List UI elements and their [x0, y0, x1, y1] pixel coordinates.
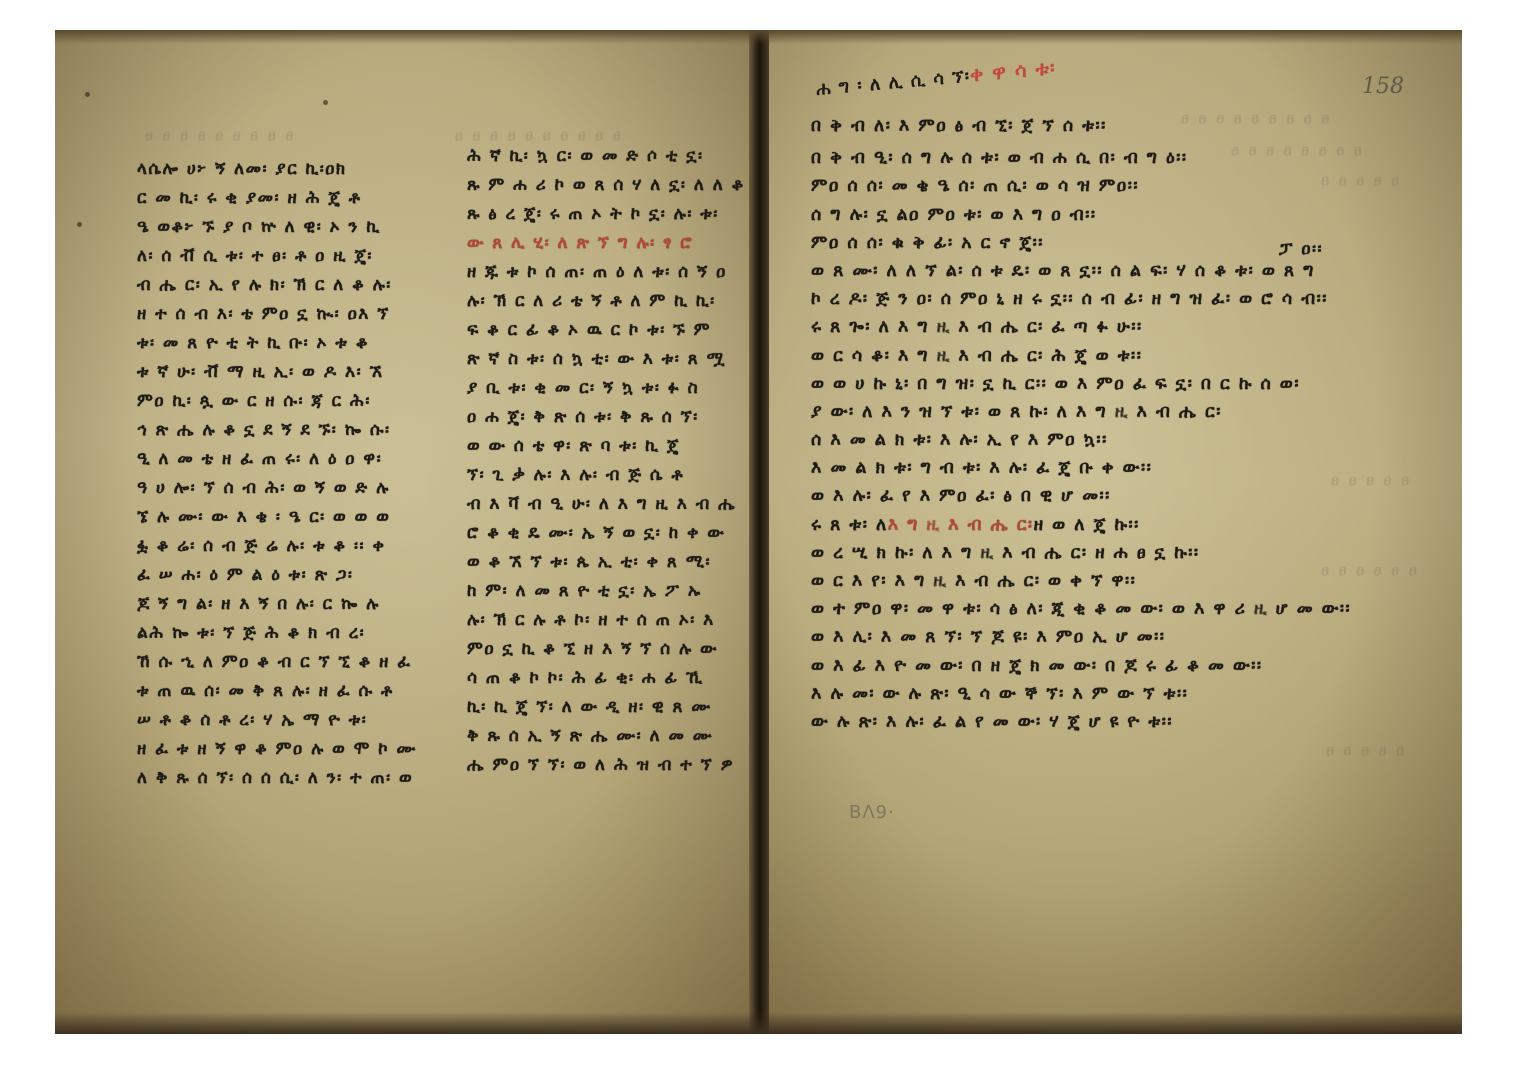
text-line-with-rubric: ሩ ጸ ቱ፡ ለእ ግ ዚ እ ብ ሔ ር፡ዘ ወ ለ ጄ ኩ፡፡ [811, 511, 1411, 539]
rubric-line: ው ጸ ሊ ሂ፡ ለ ጽ ኘ ግ ሉ፡ ፃ ሮ [467, 229, 737, 258]
right-page: ሐ ግ ፡ ለ ሊ ሲ ሳ ኘ፡ቀ ዋ ሳ ቱ፡ 158 ፀ ፀ ፀ ፀ ፀ ፀ… [761, 30, 1462, 1034]
text-line: ቅ ጹ ሰ ኢ ኝ ጽ ሔ ሙ፡ ለ መ ሙ [467, 722, 737, 751]
text-line: ወ ቆ ኧ ኘ ቱ፡ ጴ ኢ ቲ፡ ቀ ጸ ሚ፡ [467, 548, 737, 577]
rubric-phrase: እ ግ ዚ እ ብ ሔ ር፡ [888, 515, 1034, 535]
line-text: ሩ ጸ ቱ፡ ለ [811, 515, 888, 535]
text-line: ኅ ጽ ሔ ሉ ቆ ኗ ደ ኝ ደ ኙ፡ ኰ ሱ፡ [137, 416, 427, 445]
text-line: ፍ ቆ ር ፊ ቆ ኦ ዉ ር ኮ ቱ፡ ኙ ም [467, 316, 737, 345]
text-line: ጽ ኛ ስ ቱ፡ ሰ ኳ ቲ፡ ው እ ቱ፡ ጸ ሟ [467, 345, 737, 374]
text-line: ምዐ ሰ ሰ፡ መ ቄ ዔ ሰ፡ ጠ ሲ፡ ወ ሳ ዝ ምዐ፡፡ [811, 172, 1411, 200]
heading-text: ሐ ግ ፡ ለ ሊ ሲ ሳ ኘ፡ [815, 66, 971, 100]
bleed-through-text: ፀ ፀ ፀ ፀ ፀ ፀ ፀ ፀ ፀ [145, 125, 295, 145]
text-line: ሰ ግ ሉ፡ ኗ ልዐ ምዐ ቱ፡ ወ እ ግ ዐ ብ፡፡ [811, 201, 1411, 229]
text-line: ዘ ተ ሰ ብ እ፡ ቴ ምዐ ኗ ኲ፡ ዐእ ኘ [137, 300, 427, 329]
text-line: ፈ ሠ ሐ፡ ዕ ም ል ዕ ቱ፡ ጽ ጋ፡ [137, 561, 427, 590]
text-line: ያ ው፡ ለ እ ን ዝ ኘ ቱ፡ ወ ጸ ኩ፡ ለ እ ግ ዚ እ ብ ሔ ር… [811, 398, 1411, 426]
margin-note: ፓ ዐ፡፡ [1279, 235, 1323, 264]
text-line: ዓ ሀ ሎ፡ ኘ ሰ ብ ሕ፡ ወ ኝ ወ ድ ሉ [137, 474, 427, 503]
text-line: ምዐ ኗ ኪ ቆ ኚ ዘ እ ኝ ኘ ሰ ሉ ው [467, 635, 737, 664]
text-line: ልሕ ኰ ቱ፡ ኘ ጅ ሕ ቆ ክ ብ ረ፡ [137, 619, 427, 648]
text-line: ከ ም፡ ለ መ ጸ ዮ ቲ ኗ፡ ኤ ፖ ኡ [467, 577, 737, 606]
text-line: ያ ቢ ቱ፡ ቂ መ ር፡ ኝ ኳ ቱ፡ ፉ ስ [467, 374, 737, 403]
line-text: ዘ ወ ለ ጄ ኩ፡፡ [1034, 515, 1140, 535]
left-column-2: ሕ ኛ ኪ፡ ኳ ር፡ ወ መ ድ ሶ ቲ ኗ፡ ጹ ም ሐ ሪ ኮ ወ ጸ ሰ… [467, 142, 737, 780]
page-heading: ሐ ግ ፡ ለ ሊ ሲ ሳ ኘ፡ቀ ዋ ሳ ቱ፡ [815, 55, 1057, 100]
text-line: ሠ ቶ ቆ ሰ ቶ ረ፡ ሃ ኤ ማ ዮ ቱ፡ [137, 706, 427, 735]
text-line: ወ ተ ምዐ ዋ፡ መ ዋ ቱ፡ ሳ ፅ ለ፡ ጂ ቂ ቆ መ ው፡ ወ እ ዋ… [811, 595, 1411, 623]
text-line: ዘ ጁ ቱ ኮ ሰ ጠ፡ ጠ ዕ ለ ቱ፡ ሰ ኝ ዐ [467, 258, 737, 287]
text-line: ወ ው ሰ ቴ ዋ፡ ጽ ባ ቱ፡ ኪ ጄ [467, 432, 737, 461]
manuscript-scan: ፀ ፀ ፀ ፀ ፀ ፀ ፀ ፀ ፀ ፀ ፀ ፀ ፀ ፀ ፀ ፀ ፀ ፀ ፀ ላሴ… [55, 30, 1462, 1034]
ink-speck [85, 92, 90, 97]
text-line: ጹ ም ሐ ሪ ኮ ወ ጸ ሰ ሃ ለ ኗ፡ ለ ለ ቆ [467, 171, 737, 200]
text-line: ኸ ሱ ኂ ለ ምዐ ቆ ብ ር ኘ ኚ ቆ ዘ ፈ [137, 648, 427, 677]
text-line: ዔ ወቆ፦ ኙ ያ ቦ ኵ ለ ዊ፡ ኦ ን ኪ [137, 213, 427, 242]
page-edge-bottom [55, 1012, 1462, 1034]
text-line: ኮ ረ ዶ፡ ጅ ን ዐ፡ ሰ ምዐ ኒ ዘ ሩ ኗ፡፡ ሰ ብ ፊ፡ ዘ ግ … [811, 285, 1411, 313]
ink-speck [77, 222, 82, 227]
text-line: እ ሉ መ፡ ው ሉ ጽ፡ ዒ ሳ ው ኞ ኘ፡ እ ም ው ኘ ቱ፡፡ [811, 680, 1411, 708]
text-line: ጹ ፅ ረ ጄ፡ ሩ ጠ ኦ ት ኮ ኗ፡ ሉ፡ ቱ፡ [467, 200, 737, 229]
text-line: ወ እ ሊ፡ እ መ ጸ ኘ፡ ኘ ጆ ዩ፡ እ ምዐ ኢ ሆ መ፡፡ [811, 623, 1411, 651]
text-line: ዒ ለ መ ቴ ዘ ፈ ጠ ሩ፡ ለ ዕ ዐ ዋ፡ [137, 445, 427, 474]
text-line: ብ ሔ ር፡ ኢ የ ሉ ክ፡ ኽ ር ለ ቆ ሉ፡ [137, 271, 427, 300]
page-edge-top [55, 30, 1462, 44]
text-line: እ መ ል ክ ቱ፡ ግ ብ ቱ፡ እ ሉ፡ ፈ ጄ ቡ ቀ ው፡፡ [811, 454, 1411, 482]
text-line: ሕ ኛ ኪ፡ ኳ ር፡ ወ መ ድ ሶ ቲ ኗ፡ [467, 142, 737, 171]
text-line: ሔ ምዐ ኘ ኘ፡ ወ ለ ሕ ዝ ብ ተ ኘ ዎ [467, 751, 737, 780]
text-line: ወ ወ ሀ ኩ ኒ፡ በ ግ ዝ፡ ኗ ኪ ር፡፡ ወ እ ምዐ ፈ ፍ ኗ፡ … [811, 370, 1411, 398]
book-gutter [749, 30, 769, 1034]
text-line: ለ፡ ሰ ቭ ሲ ቱ፡ ተ ፀ፡ ቶ ዐ ዚ ጄ፡ [137, 242, 427, 271]
text-line: ሉ፡ ኽ ር ለ ሪ ቴ ኝ ቶ ለ ም ኪ ኪ፡ [467, 287, 737, 316]
text-line: ሮ ቆ ቂ ዴ ሙ፡ ኤ ኝ ወ ኗ፡ ከ ቀ ው [467, 519, 737, 548]
text-line: ቱ ኛ ሁ፡ ቭ ማ ዚ ኢ፡ ወ ዶ እ፡ ኧ [137, 358, 427, 387]
text-line: ኜ ሉ ሙ፡ ው እ ቄ ፡ ዔ ር፡ ወ ወ ወ [137, 503, 427, 532]
text-line: ፏ ቆ ሬ፡ ሰ ብ ጅ ሬ ሉ፡ ቱ ቆ ፡፡ ቀ [137, 532, 427, 561]
text-line: ር መ ኪ፡ ሩ ቂ ያመ፡ ዘ ሕ ጄ ቶ [137, 184, 427, 213]
text-line: ለ ቅ ጹ ሰ ኘ፡ ሰ ሰ ሲ፡ ለ ን፡ ተ ጠ፡ ወ [137, 764, 427, 793]
text-line: ኘ፡ ጊ ቃ ሉ፡ እ ሉ፡ ብ ጅ ሴ ቶ [467, 461, 737, 490]
text-line: ላሴሎ ሀ፦ ኝ ለመ፡ ያር ኪ፡ዐክ [137, 155, 427, 184]
left-column-1: ላሴሎ ሀ፦ ኝ ለመ፡ ያር ኪ፡ዐክ ር መ ኪ፡ ሩ ቂ ያመ፡ ዘ ሕ … [137, 155, 427, 793]
text-line: በ ቅ ብ ዒ፡ ሰ ግ ሉ ሰ ቱ፡ ወ ብ ሐ ሲ በ፡ ብ ግ ዕ፡፡ [811, 144, 1411, 172]
ink-speck [323, 100, 328, 105]
text-line: ቱ ጠ ዉ ሰ፡ መ ቅ ጸ ሉ፡ ዘ ፈ ሱ ቶ [137, 677, 427, 706]
text-line: ወ ር ሳ ቆ፡ እ ግ ዚ እ ብ ሔ ር፡ ሕ ጄ ወ ቱ፡፡ [811, 342, 1411, 370]
text-line: ዘ ፈ ቱ ዘ ኝ ዋ ቆ ምዐ ሉ ወ ሞ ኮ ሙ [137, 735, 427, 764]
text-line: ወ እ ፊ እ ዮ መ ው፡ በ ዘ ጄ ክ መ ው፡ በ ጆ ሩ ፊ ቆ መ … [811, 652, 1411, 680]
right-column: በ ቅ ብ ለ፡ እ ምዐ ፅ ብ ኚ፡ ጀ ኘ ሰ ቱ፡፡ በ ቅ ብ ዒ፡ … [811, 112, 1411, 736]
pencil-shelfmark: BΛ9· [849, 802, 895, 823]
left-page: ፀ ፀ ፀ ፀ ፀ ፀ ፀ ፀ ፀ ፀ ፀ ፀ ፀ ፀ ፀ ፀ ፀ ፀ ፀ ላሴ… [55, 30, 757, 1034]
text-line: ምዐ ኪ፡ ጷ ው ር ዘ ሱ፡ ጃ ር ሕ፡ [137, 387, 427, 416]
text-line: ወ ረ ሢ ክ ኩ፡ ለ እ ግ ዚ እ ብ ሔ ር፡ ዘ ሐ ፀ ኗ ኩ፡፡ [811, 539, 1411, 567]
folio-number: 158 [1362, 74, 1404, 99]
text-line: ው ሉ ጽ፡ እ ሉ፡ ፈ ል የ መ ው፡ ሃ ጄ ሆ ዩ ዮ ቱ፡፡ [811, 708, 1411, 736]
heading-rubric: ቀ ዋ ሳ ቱ፡ [969, 55, 1057, 86]
text-line: ወ እ ሉ፡ ፈ የ እ ምዐ ፈ፡ ፅ በ ዊ ሆ መ፡፡ [811, 482, 1411, 510]
text-line: ሰ እ መ ል ክ ቱ፡ እ ሉ፡ ኢ የ እ ምዐ ኳ፡፡ [811, 426, 1411, 454]
text-line: ዐ ሐ ጄ፡ ቅ ጽ ሰ ቱ፡ ቅ ጹ ሰ ኘ፡ [467, 403, 737, 432]
text-line: ወ ር እ የ፡ እ ግ ዚ እ ብ ሔ ር፡ ወ ቀ ኘ ዋ፡፡ [811, 567, 1411, 595]
text-line: ሩ ጸ ጐ፡ ለ እ ግ ዚ እ ብ ሔ ር፡ ፈ ጣ ፉ ሁ፡፡ [811, 313, 1411, 341]
text-line: ብ እ ቫ ብ ዒ ሁ፡ ለ እ ግ ዚ እ ብ ሔ [467, 490, 737, 519]
text-line: ሳ ጠ ቆ ኮ ኮ፡ ሕ ፊ ቂ፡ ሐ ፊ ኺ [467, 664, 737, 693]
text-line: ኪ፡ ኪ ጄ ኘ፡ ለ ው ዲ ዘ፡ ዊ ጸ ሙ [467, 693, 737, 722]
bleed-through-text: ፀ ፀ ፀ ፀ ፀ [1326, 740, 1406, 760]
text-line: በ ቅ ብ ለ፡ እ ምዐ ፅ ብ ኚ፡ ጀ ኘ ሰ ቱ፡፡ [811, 112, 1411, 140]
text-line: ጆ ኝ ግ ል፡ ዘ እ ኝ በ ሉ፡ ር ኰ ሉ [137, 590, 427, 619]
text-line: ቱ፡ መ ጸ ዮ ቲ ት ኪ ቡ፡ ኦ ቱ ቆ [137, 329, 427, 358]
text-line: ሉ፡ ኽ ር ሉ ቶ ኮ፡ ዘ ተ ሰ ጠ ኦ፡ እ [467, 606, 737, 635]
